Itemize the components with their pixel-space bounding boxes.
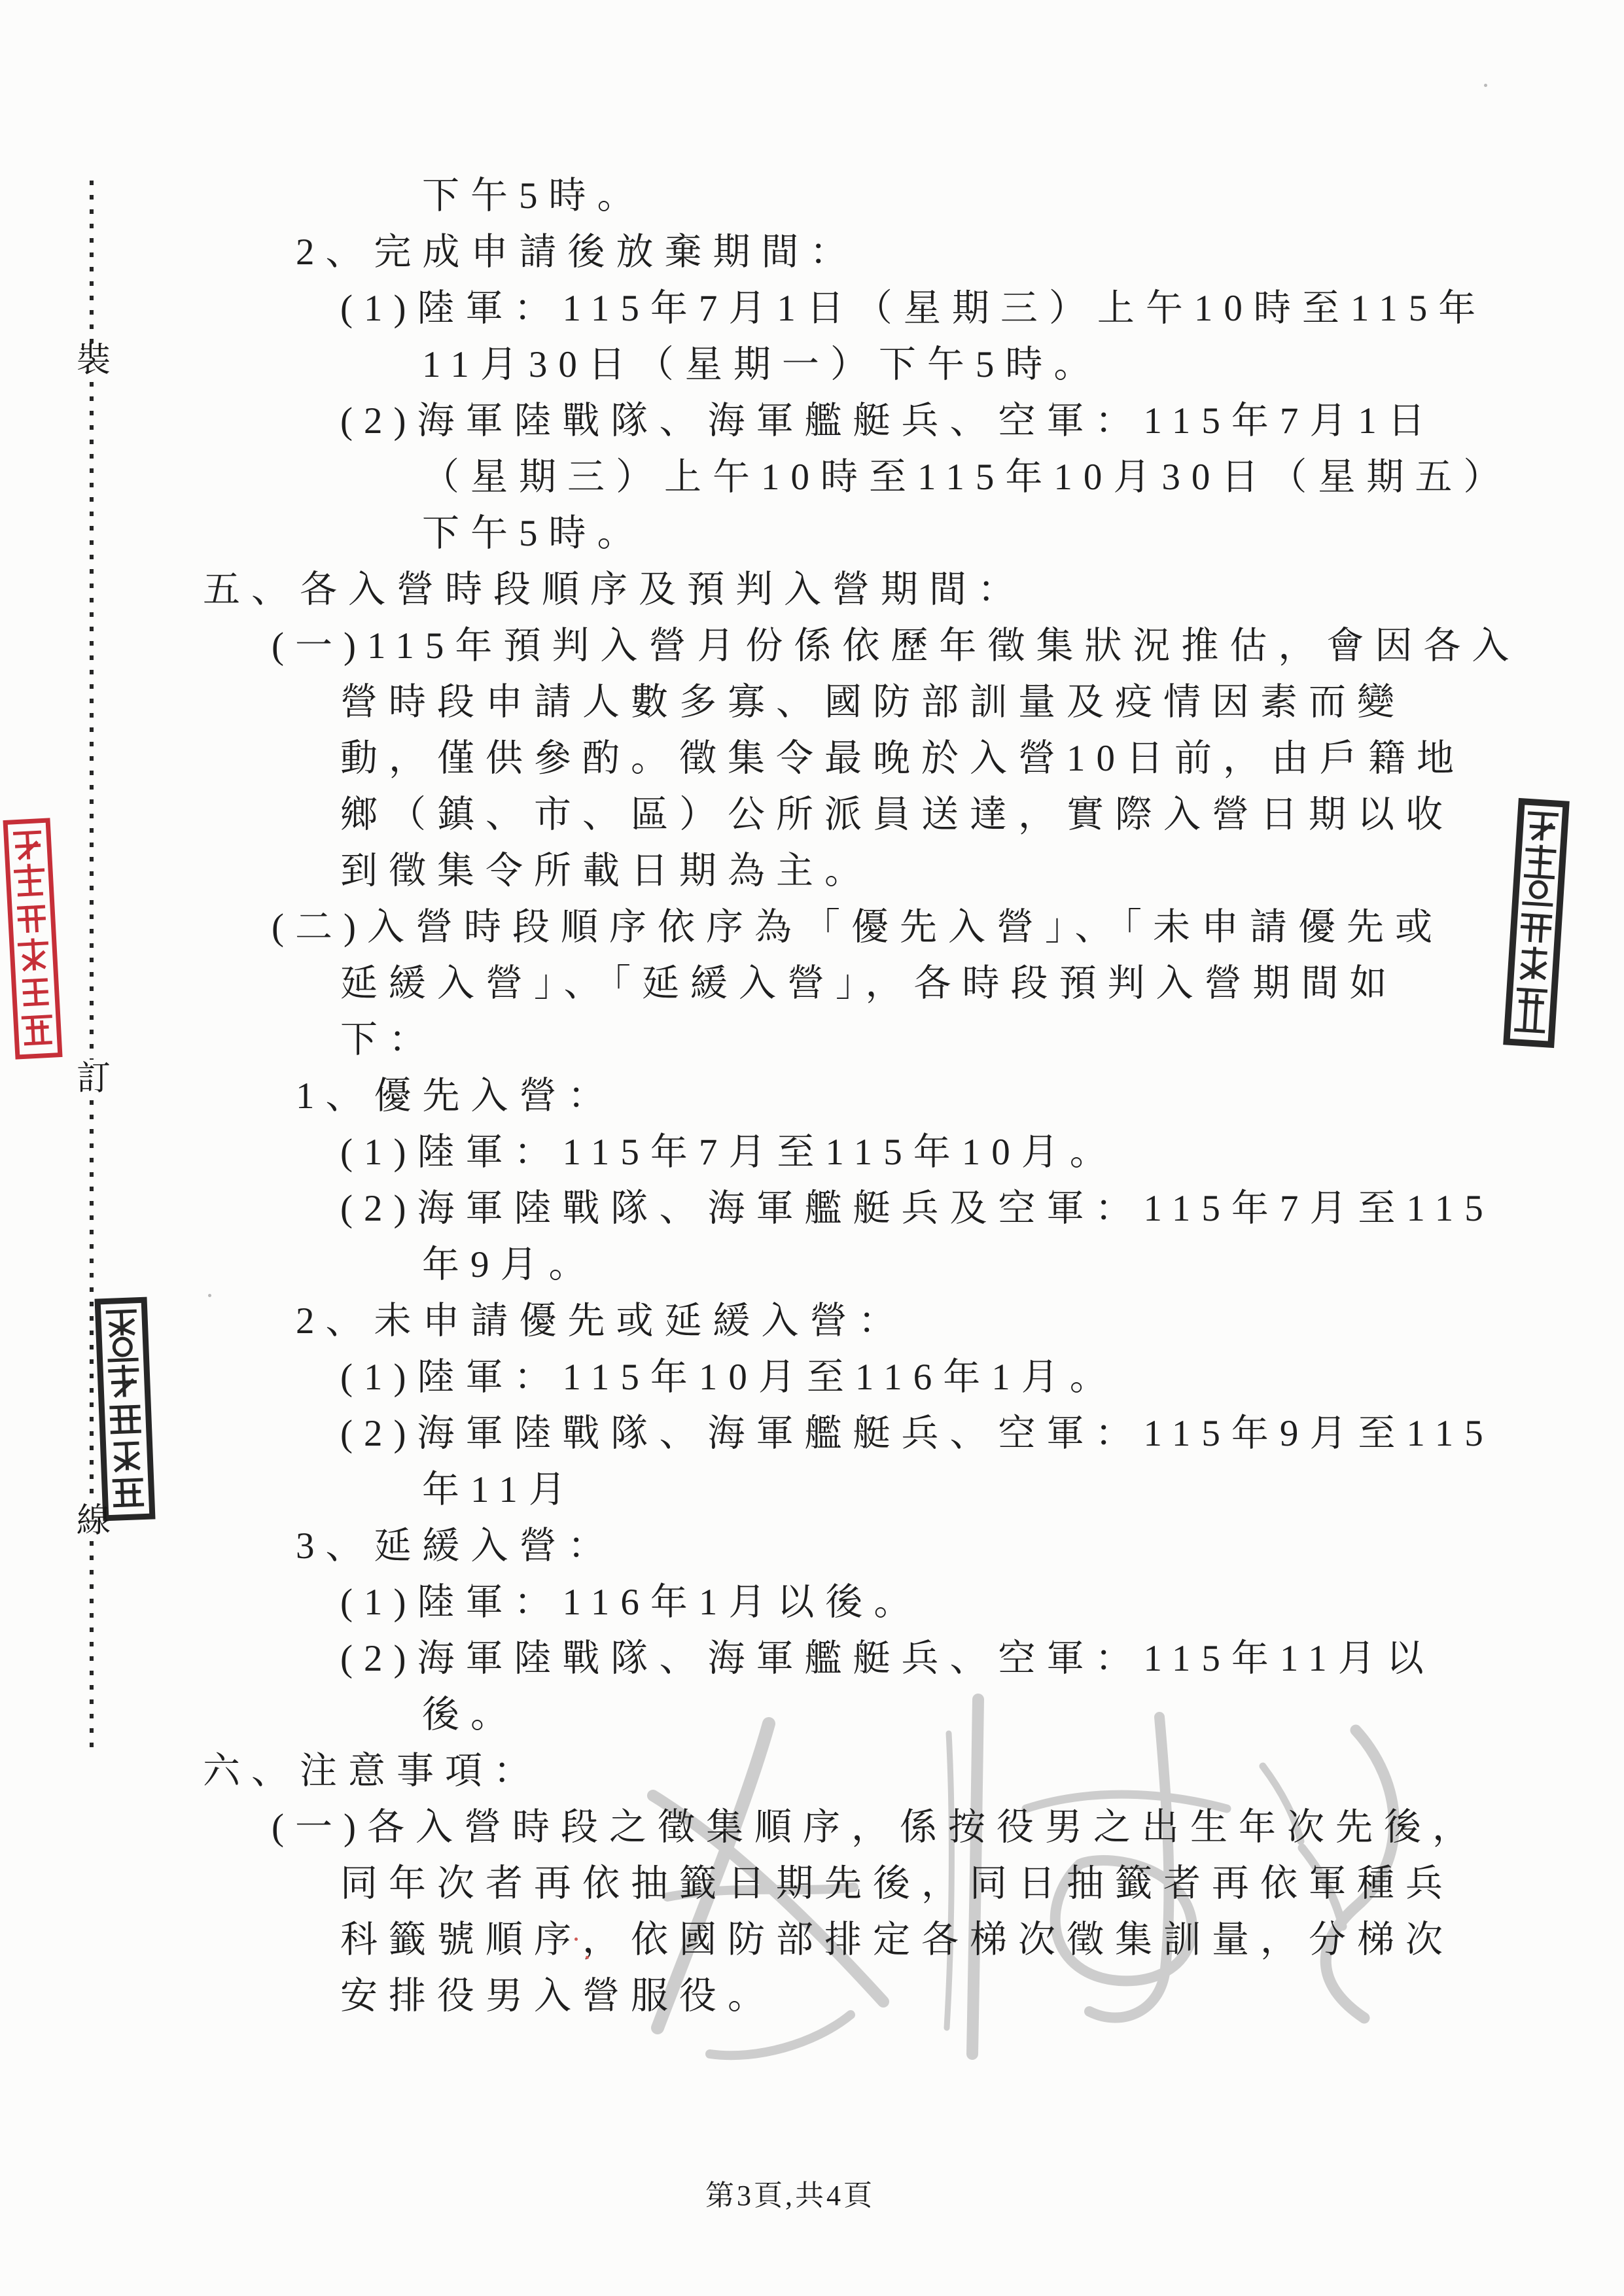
text-line: (2)海軍陸戰隊、海軍艦艇兵、空軍：115年11月以 <box>0 1631 1624 1687</box>
text-line: (二)入營時段順序依序為「優先入營」、「未申請優先或 <box>0 899 1624 956</box>
text-line: (1)陸軍：116年1月以後。 <box>0 1574 1624 1631</box>
text-line: (一)115年預判入營月份係依歷年徵集狀況推估，會因各入 <box>0 618 1624 674</box>
text-line: 下午5時。 <box>0 506 1624 562</box>
text-line: 下午5時。 <box>0 168 1624 224</box>
text-line: (2)海軍陸戰隊、海軍艦艇兵、空軍：115年7月1日 <box>0 393 1624 449</box>
text-line: (1)陸軍：115年7月1日（星期三）上午10時至115年 <box>0 281 1624 337</box>
text-line: 同年次者再依抽籤日期先後，同日抽籤者再依軍種兵 <box>0 1856 1624 1912</box>
scan-speck <box>1484 84 1487 87</box>
text-line: 到徵集令所載日期為主。 <box>0 843 1624 899</box>
text-line: (2)海軍陸戰隊、海軍艦艇兵、空軍：115年9月至115 <box>0 1406 1624 1462</box>
text-line: (一)各入營時段之徵集順序，係按役男之出生年次先後， <box>0 1800 1624 1856</box>
text-line: 下： <box>0 1012 1624 1068</box>
text-line: 鄉（鎮、市、區）公所派員送達，實際入營日期以收 <box>0 787 1624 843</box>
scanned-document-page: 裝 訂 線 下午5時。2、完成申請後放棄期間：(1)陸軍：115年7月1日（星期… <box>0 0 1624 2296</box>
text-line: 營時段申請人數多寡、國防部訓量及疫情因素而變 <box>0 674 1624 731</box>
page-number-footer: 第3頁,共4頁 <box>705 2172 875 2214</box>
text-line: (1)陸軍：115年7月至115年10月。 <box>0 1124 1624 1181</box>
text-line: （星期三）上午10時至115年10月30日（星期五） <box>0 449 1624 506</box>
text-line: 11月30日（星期一）下午5時。 <box>0 337 1624 393</box>
text-line: 年11月 <box>0 1462 1624 1518</box>
black-seal-stamp-left <box>95 1297 156 1522</box>
text-line: 年9月。 <box>0 1237 1624 1293</box>
text-line: 動，僅供參酌。徵集令最晚於入營10日前，由戶籍地 <box>0 731 1624 787</box>
text-line: (1)陸軍：115年10月至116年1月。 <box>0 1349 1624 1406</box>
text-line: 五、各入營時段順序及預判入營期間： <box>0 562 1624 618</box>
scan-speck <box>208 1294 211 1297</box>
text-line: 3、延緩入營： <box>0 1518 1624 1574</box>
text-line: 後。 <box>0 1687 1624 1743</box>
text-line: 延緩入營」、「延緩入營」，各時段預判入營期間如 <box>0 956 1624 1012</box>
scan-speck <box>574 1938 578 1941</box>
text-line: (2)海軍陸戰隊、海軍艦艇兵及空軍：115年7月至115 <box>0 1181 1624 1237</box>
text-line: 六、注意事項： <box>0 1743 1624 1800</box>
text-line: 2、完成申請後放棄期間： <box>0 224 1624 281</box>
document-body-text: 下午5時。2、完成申請後放棄期間：(1)陸軍：115年7月1日（星期三）上午10… <box>0 168 1624 2025</box>
text-line: 安排役男入營服役。 <box>0 1968 1624 2025</box>
scan-speck <box>586 1956 589 1959</box>
text-line: 1、優先入營： <box>0 1068 1624 1124</box>
text-line: 科籤號順序，依國防部排定各梯次徵集訓量，分梯次 <box>0 1912 1624 1968</box>
text-line: 2、未申請優先或延緩入營： <box>0 1293 1624 1349</box>
